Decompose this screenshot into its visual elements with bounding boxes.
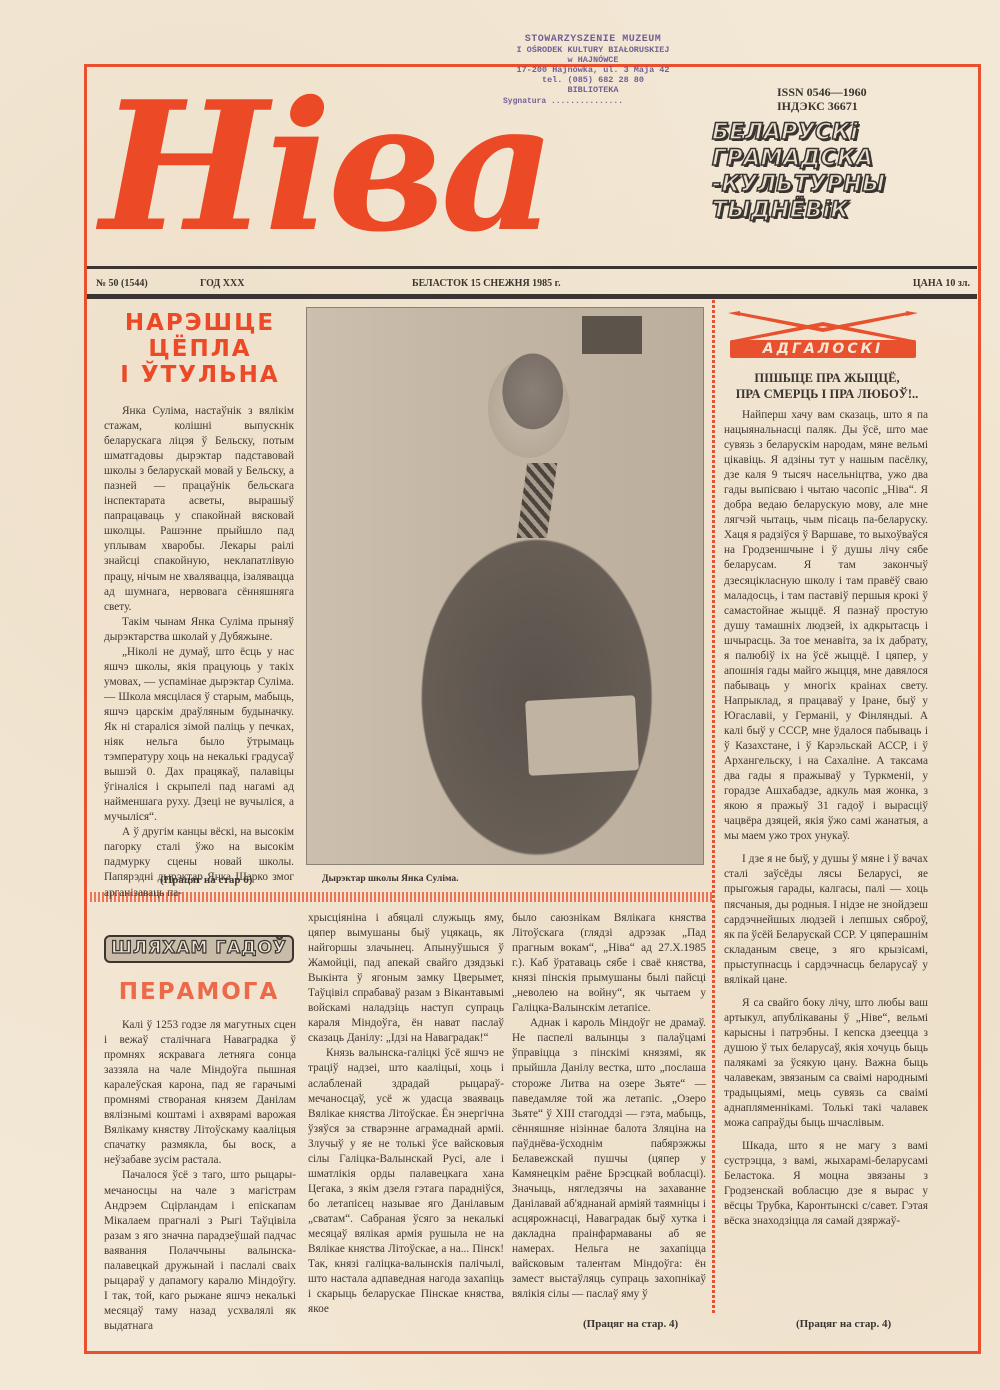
masthead-logo: Ніва xyxy=(100,72,570,262)
issn-block: ISSN 0546—1960 ІНДЭКС 36671 xyxy=(777,85,867,113)
issue-place-date: БЕЛАСТОК 15 СНЕЖНЯ 1985 г. xyxy=(412,278,561,289)
issue-year: ГОД XXX xyxy=(200,278,244,289)
paragraph: Аднак і кароль Міндоўг не драмаў. Не пас… xyxy=(512,1016,706,1302)
issue-number: № 50 (1544) xyxy=(96,278,148,289)
stamp-line: STOWARZYSZENIE MUZEUM xyxy=(503,35,683,45)
column-divider xyxy=(712,300,715,1315)
section-badge-shlyakham-gadou: ШЛЯХАМ ГАДОЎ xyxy=(104,935,294,963)
section-label: АДГАЛОСКІ xyxy=(730,340,916,358)
paragraph: Я са свайго боку лічу, што любы ваш арты… xyxy=(724,996,928,1131)
paragraph: Шкада, што я не магу з вамі сустрэцца, з… xyxy=(724,1139,928,1229)
masthead-tagline: БЕЛАРУСКі ГРАМАДСКА -КУЛЬТУРНЫ ТЫДНЁВіК xyxy=(712,120,912,224)
photo-caption: Дырэктар школы Янка Суліма. xyxy=(322,874,459,884)
article2-column-2: хрысціяніна і абяцалі служыць яму, цяпер… xyxy=(308,911,504,1317)
paragraph: А ў другім канцы вёскі, на высокім пагор… xyxy=(104,825,294,900)
issn: ISSN 0546—1960 xyxy=(777,85,867,99)
crossed-pens-icon xyxy=(728,310,918,342)
headline-line: НАРЭШЦЕ xyxy=(100,310,300,336)
article1-headline: НАРЭШЦЕ ЦЁПЛА І ЎТУЛЬНА xyxy=(100,310,300,388)
issue-bar-rule xyxy=(87,294,977,299)
index-number: ІНДЭКС 36671 xyxy=(777,99,867,113)
headline-line: І ЎТУЛЬНА xyxy=(100,362,300,388)
tagline-line: -КУЛЬТУРНЫ xyxy=(712,172,912,198)
adhalosky-banner: АДГАЛОСКІ xyxy=(728,310,918,360)
headline-line: ЦЁПЛА xyxy=(100,336,300,362)
tagline-line: БЕЛАРУСКі xyxy=(712,120,912,146)
headline-line: ПІШЫЦЕ ПРА ЖЫЦЦЁ, xyxy=(722,370,932,386)
wall-poster xyxy=(582,316,642,354)
paragraph: хрысціяніна і абяцалі служыць яму, цяпер… xyxy=(308,911,504,1046)
article2-continuation[interactable]: (Працяг на стар. 4) xyxy=(583,1318,678,1330)
portrait-photo xyxy=(306,307,704,865)
paragraph: Янка Суліма, настаўнік з вялікім стажам,… xyxy=(104,404,294,615)
paragraph: Найперш хачу вам сказаць, што я па нацыя… xyxy=(724,408,928,844)
headline-line: ПРА СМЕРЦЬ І ПРА ЛЮБОЎ!.. xyxy=(722,386,932,402)
paragraph: Князь валынска-галіцкі ўсё яшчэ не траці… xyxy=(308,1046,504,1317)
paragraph: „Ніколі не думаў, што ёсць у нас яшчэ шк… xyxy=(104,645,294,826)
tagline-line: ТЫДНЁВіК xyxy=(712,198,912,224)
paragraph: Пачалося ўсё з таго, што рыцары-мечаносц… xyxy=(104,1168,296,1334)
paragraph: І дзе я не быў, у душы ў мяне і ў вачах … xyxy=(724,852,928,987)
masthead-rule xyxy=(87,266,977,269)
paragraph: Калі ў 1253 годзе ля магутных сцен і веж… xyxy=(104,1018,296,1168)
article1-body: Янка Суліма, настаўнік з вялікім стажам,… xyxy=(104,404,294,901)
issue-bar: № 50 (1544) ГОД XXX БЕЛАСТОК 15 СНЕЖНЯ 1… xyxy=(96,278,976,294)
stamp-line: I OŚRODEK KULTURY BIAŁORUSKIEJ xyxy=(503,45,683,55)
article2-column-1: Калі ў 1253 годзе ля магутных сцен і веж… xyxy=(104,1018,296,1334)
article2-headline: ПЕРАМОГА xyxy=(104,978,294,1006)
book xyxy=(525,695,639,776)
article3-headline: ПІШЫЦЕ ПРА ЖЫЦЦЁ, ПРА СМЕРЦЬ І ПРА ЛЮБОЎ… xyxy=(722,370,932,402)
article3-continuation[interactable]: (Працяг на стар. 4) xyxy=(796,1318,891,1330)
tagline-line: ГРАМАДСКА xyxy=(712,146,912,172)
article3-body: Найперш хачу вам сказаць, што я па нацыя… xyxy=(724,408,928,1229)
paragraph: Такім чынам Янка Суліма прыняў дырэктарс… xyxy=(104,615,294,645)
striped-tie xyxy=(517,463,558,538)
article1-continuation[interactable]: (Працяг на стар 6) xyxy=(160,874,252,886)
paragraph: было саюзнікам Вялікага княства Літоўска… xyxy=(512,911,706,1016)
issue-price: ЦАНА 10 зл. xyxy=(913,278,970,289)
article2-column-3: было саюзнікам Вялікага княства Літоўска… xyxy=(512,911,706,1302)
